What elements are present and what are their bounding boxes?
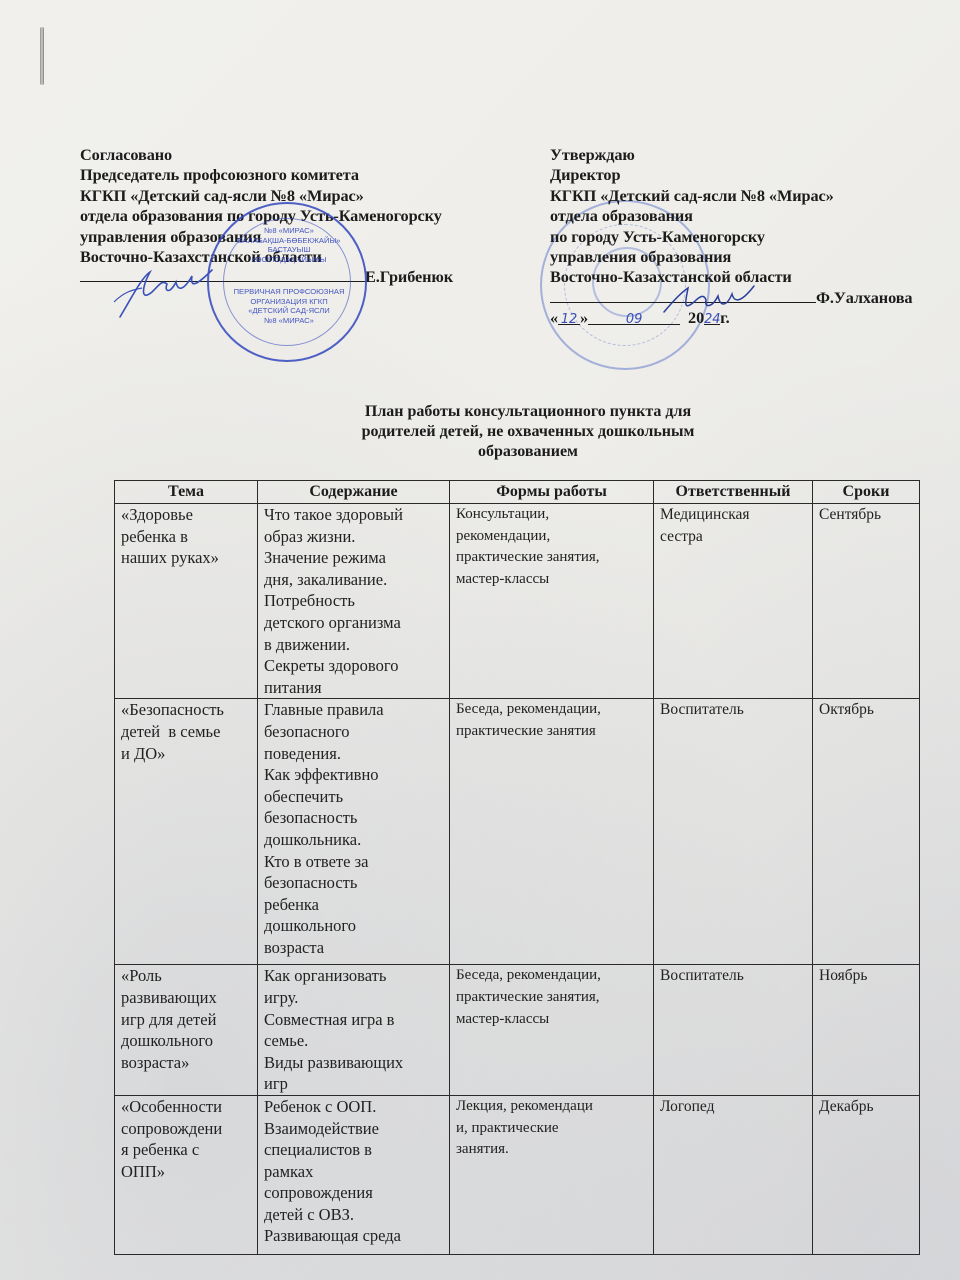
document-title: План работы консультационного пункта для…	[0, 402, 960, 462]
cell-line: дошкольного	[264, 915, 446, 937]
cell-line: «Особенности	[121, 1096, 254, 1118]
table-row: «Безопасность детей в семье и ДО» Главны…	[115, 699, 920, 965]
union-stamp-text-ru: ПЕРВИЧНАЯ ПРОФСОЮЗНАЯ ОРГАНИЗАЦИЯ КГКП «…	[209, 287, 369, 325]
cell-line: детей с ОВЗ.	[264, 1204, 446, 1226]
cell-line: возраста	[264, 937, 446, 959]
document-title-line: образованием	[48, 442, 960, 462]
cell-line: Кто в ответе за	[264, 851, 446, 873]
stamp-line: КӘСІПОДАҚ ҰЙЫМЫ	[209, 255, 369, 265]
cell-line: мастер-классы	[456, 1009, 650, 1031]
cell-line: сопровождени	[121, 1118, 254, 1140]
cell-line: практические занятия,	[456, 987, 650, 1009]
cell-topic: «Особенности сопровождени я ребенка с ОП…	[115, 1095, 258, 1254]
approval-right-line: по городу Усть-Каменогорску	[550, 227, 912, 247]
stamp-line: №8 «МИРАС»	[209, 316, 369, 326]
cell-topic: «Здоровье ребенка в наших руках»	[115, 504, 258, 699]
cell-line: рекомендации,	[456, 526, 650, 548]
cell-line: рамках	[264, 1161, 446, 1183]
cell-line: Как эффективно	[264, 764, 446, 786]
approval-left-heading: Согласовано	[80, 145, 453, 165]
column-header-content: Содержание	[258, 481, 450, 504]
signature-left-icon	[112, 262, 222, 322]
cell-responsible: Логопед	[654, 1095, 813, 1254]
cell-line: Потребность	[264, 590, 446, 612]
cell-line: «Здоровье	[121, 504, 254, 526]
cell-line: игр для детей	[121, 1009, 254, 1031]
cell-line: ребенка в	[121, 526, 254, 548]
stamp-line: №8 «МИРАС»	[209, 226, 369, 236]
signature-right-icon	[660, 282, 760, 322]
cell-line: и, практические	[456, 1118, 650, 1140]
cell-line: детей в семье	[121, 721, 254, 743]
stamp-line: ОРГАНИЗАЦИЯ КГКП	[209, 297, 369, 307]
stamp-line: БАСТАУЫШ	[209, 245, 369, 255]
cell-line: Значение режима	[264, 547, 446, 569]
cell-forms: Консультации, рекомендации, практические…	[450, 504, 654, 699]
cell-line: Беседа, рекомендации,	[456, 699, 650, 721]
cell-line: Совместная игра в	[264, 1009, 446, 1031]
cell-line: специалистов в	[264, 1139, 446, 1161]
cell-line: «Роль	[121, 965, 254, 987]
table-row: «Роль развивающих игр для детей дошкольн…	[115, 965, 920, 1096]
cell-line: сопровождения	[264, 1182, 446, 1204]
cell-line: дня, закаливание.	[264, 569, 446, 591]
cell-line: в движении.	[264, 634, 446, 656]
cell-line: Воспитатель	[660, 965, 809, 987]
cell-line: Воспитатель	[660, 699, 809, 721]
cell-line: практические занятия,	[456, 547, 650, 569]
approval-right-line: КГКП «Детский сад-ясли №8 «Мирас»	[550, 186, 912, 206]
cell-content: Ребенок с ООП. Взаимодействие специалист…	[258, 1095, 450, 1254]
cell-responsible: Медицинская сестра	[654, 504, 813, 699]
approval-right-line: Директор	[550, 165, 912, 185]
document-title-line: родителей детей, не охваченных дошкольны…	[48, 422, 960, 442]
cell-line: развивающих	[121, 987, 254, 1009]
approval-left-signatory: Е.Грибенюк	[365, 267, 453, 286]
table-row: «Особенности сопровождени я ребенка с ОП…	[115, 1095, 920, 1254]
cell-content: Как организовать игру. Совместная игра в…	[258, 965, 450, 1096]
approval-right-signatory: Ф.Уалханова	[816, 288, 912, 307]
approval-right-heading: Утверждаю	[550, 145, 912, 165]
cell-line: практические занятия	[456, 721, 650, 743]
date-quote: «	[550, 308, 558, 327]
cell-line: семье.	[264, 1030, 446, 1052]
cell-line: Виды развивающих	[264, 1052, 446, 1074]
cell-line: Консультации,	[456, 504, 650, 526]
cell-line: безопасность	[264, 872, 446, 894]
cell-topic: «Роль развивающих игр для детей дошкольн…	[115, 965, 258, 1096]
column-header-responsible: Ответственный	[654, 481, 813, 504]
cell-line: наших руках»	[121, 547, 254, 569]
cell-term: Декабрь	[813, 1095, 920, 1254]
table-header-row: Тема Содержание Формы работы Ответственн…	[115, 481, 920, 504]
cell-line: Лекция, рекомендаци	[456, 1096, 650, 1118]
cell-line: возраста»	[121, 1052, 254, 1074]
cell-line: мастер-классы	[456, 569, 650, 591]
cell-forms: Беседа, рекомендации, практические занят…	[450, 699, 654, 965]
cell-line: детского организма	[264, 612, 446, 634]
table-row: «Здоровье ребенка в наших руках» Что так…	[115, 504, 920, 699]
approval-right-line: управления образования	[550, 247, 912, 267]
stamp-line: ПЕРВИЧНАЯ ПРОФСОЮЗНАЯ	[209, 287, 369, 297]
cell-line: Медицинская	[660, 504, 809, 526]
approval-left-line: КГКП «Детский сад-ясли №8 «Мирас»	[80, 186, 453, 206]
work-plan-table: Тема Содержание Формы работы Ответственн…	[114, 480, 920, 1255]
cell-line: Развивающая среда	[264, 1225, 446, 1247]
staple	[40, 27, 44, 85]
cell-responsible: Воспитатель	[654, 699, 813, 965]
cell-line: и ДО»	[121, 743, 254, 765]
column-header-term: Сроки	[813, 481, 920, 504]
cell-line: Беседа, рекомендации,	[456, 965, 650, 987]
cell-forms: Беседа, рекомендации, практические занят…	[450, 965, 654, 1096]
stamp-line: «ДЕТСКИЙ САД-ЯСЛИ	[209, 306, 369, 316]
cell-line: Логопед	[660, 1096, 809, 1118]
date-quote: »	[580, 308, 588, 327]
cell-line: Главные правила	[264, 699, 446, 721]
cell-content: Что такое здоровый образ жизни. Значение…	[258, 504, 450, 699]
cell-line: Что такое здоровый	[264, 504, 446, 526]
date-day: 12	[558, 310, 580, 325]
union-stamp: №8 «МИРАС» БАЛАБАҚША-БӨБЕКЖАЙЫ» БАСТАУЫШ…	[207, 202, 367, 362]
cell-line: я ребенка с	[121, 1139, 254, 1161]
cell-responsible: Воспитатель	[654, 965, 813, 1096]
cell-line: образ жизни.	[264, 526, 446, 548]
cell-line: ОПП»	[121, 1161, 254, 1183]
cell-line: сестра	[660, 526, 809, 548]
cell-line: Как организовать	[264, 965, 446, 987]
cell-line: безопасного	[264, 721, 446, 743]
column-header-forms: Формы работы	[450, 481, 654, 504]
approval-left-line: Председатель профсоюзного комитета	[80, 165, 453, 185]
cell-topic: «Безопасность детей в семье и ДО»	[115, 699, 258, 965]
cell-line: безопасность	[264, 807, 446, 829]
cell-line: поведения.	[264, 743, 446, 765]
cell-line: дошкольного	[121, 1030, 254, 1052]
cell-line: обеспечить	[264, 786, 446, 808]
cell-line: дошкольника.	[264, 829, 446, 851]
approval-right-line: отдела образования	[550, 206, 912, 226]
cell-line: Взаимодействие	[264, 1118, 446, 1140]
cell-line: «Безопасность	[121, 699, 254, 721]
stamp-line: БАЛАБАҚША-БӨБЕКЖАЙЫ»	[209, 236, 369, 246]
cell-term: Сентябрь	[813, 504, 920, 699]
column-header-topic: Тема	[115, 481, 258, 504]
cell-line: питания	[264, 677, 446, 699]
document-title-line: План работы консультационного пункта для	[48, 402, 960, 422]
cell-content: Главные правила безопасного поведения. К…	[258, 699, 450, 965]
cell-line: игр	[264, 1073, 446, 1095]
cell-term: Октябрь	[813, 699, 920, 965]
cell-forms: Лекция, рекомендаци и, практические заня…	[450, 1095, 654, 1254]
cell-line: ребенка	[264, 894, 446, 916]
cell-line: занятия.	[456, 1139, 650, 1161]
cell-term: Ноябрь	[813, 965, 920, 1096]
cell-line: Секреты здорового	[264, 655, 446, 677]
union-stamp-text-kz: №8 «МИРАС» БАЛАБАҚША-БӨБЕКЖАЙЫ» БАСТАУЫШ…	[209, 226, 369, 264]
cell-line: Ребенок с ООП.	[264, 1096, 446, 1118]
cell-line: игру.	[264, 987, 446, 1009]
